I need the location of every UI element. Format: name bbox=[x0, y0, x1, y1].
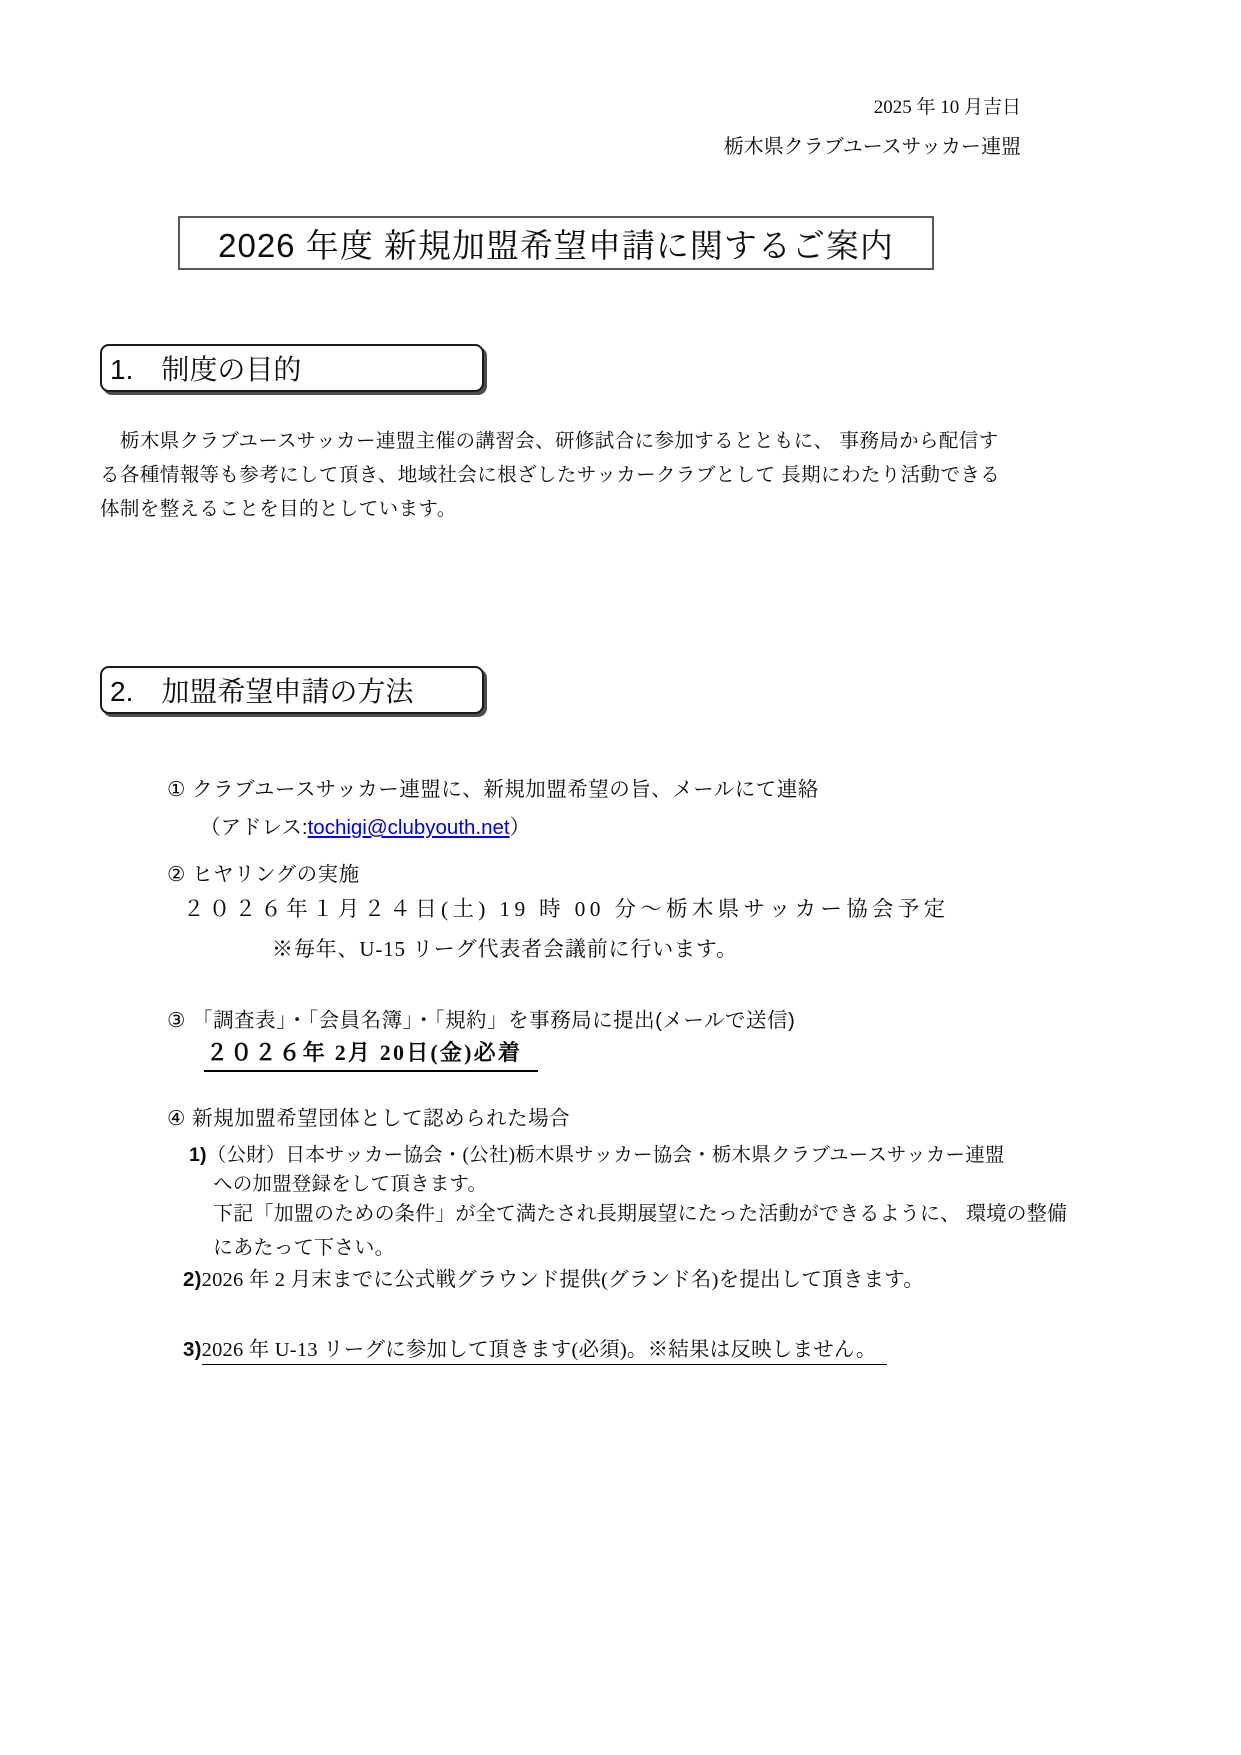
section-2-heading-box: 2. 加盟希望申請の方法 bbox=[100, 666, 484, 714]
address-prefix: （アドレス: bbox=[200, 816, 308, 839]
document-title-box: 2026 年度 新規加盟希望申請に関するご案内 bbox=[178, 216, 934, 270]
sub-item-3-line: 3)2026 年 U-13 リーグに参加して頂きます(必須)。※結果は反映しませ… bbox=[183, 1332, 887, 1365]
date-line: 2025 年 10 月吉日 bbox=[874, 92, 1021, 119]
sub-item-3-text: 2026 年 U-13 リーグに参加して頂きます(必須)。※結果は反映しません。 bbox=[202, 1332, 887, 1365]
organization-line: 栃木県クラブユースサッカー連盟 bbox=[724, 130, 1021, 159]
sub-item-1-number: 1) bbox=[189, 1144, 207, 1166]
sub-item-3-number: 3) bbox=[183, 1338, 202, 1361]
section-1-heading: 1. 制度の目的 bbox=[110, 348, 301, 388]
sub-item-2-number: 2) bbox=[183, 1268, 202, 1291]
sub-item-1-line-4: にあたって下さい。 bbox=[213, 1231, 395, 1260]
email-address-line: （アドレス:tochigi@clubyouth.net） bbox=[200, 810, 530, 840]
hearing-note: ※毎年、U-15 リーグ代表者会議前に行います。 bbox=[272, 933, 738, 963]
step-4-label: ④ 新規加盟希望団体として認められた場合 bbox=[167, 1101, 570, 1131]
section-2-heading: 2. 加盟希望申請の方法 bbox=[110, 670, 413, 710]
sub-item-1-line-1: 1)（公財）日本サッカー協会・(公社)栃木県サッカー協会・栃木県クラブユースサッ… bbox=[189, 1139, 1005, 1167]
sub-item-1-text: （公財）日本サッカー協会・(公社)栃木県サッカー協会・栃木県クラブユースサッカー… bbox=[207, 1145, 1005, 1166]
hearing-schedule: ２０２６年１月２４日(土) 19 時 00 分～栃木県サッカー協会予定 bbox=[183, 892, 949, 923]
email-link[interactable]: tochigi@clubyouth.net bbox=[308, 816, 510, 839]
section-1-heading-box: 1. 制度の目的 bbox=[100, 344, 484, 392]
section-1-body: 栃木県クラブユースサッカー連盟主催の講習会、研修試合に参加するとともに、 事務局… bbox=[100, 424, 1018, 526]
sub-item-1-line-3: 下記「加盟のための条件」が全て満たされ長期展望にたった活動ができるように、 環境… bbox=[213, 1197, 1067, 1226]
step-3-label: ③ 「調査表」・「会員名簿」・「規約」を事務局に提出(メールで送信) bbox=[167, 1003, 795, 1033]
document-page: 2025 年 10 月吉日 栃木県クラブユースサッカー連盟 2026 年度 新規… bbox=[0, 0, 1241, 1755]
step-2-label: ② ヒヤリングの実施 bbox=[167, 857, 360, 887]
sub-item-2-text: 2026 年 2 月末までに公式戦グラウンド提供(グランド名)を提出して頂きます… bbox=[202, 1269, 924, 1291]
sub-item-2-line: 2)2026 年 2 月末までに公式戦グラウンド提供(グランド名)を提出して頂き… bbox=[183, 1262, 924, 1292]
sub-item-1-line-2: への加盟登録をして頂きます。 bbox=[213, 1168, 487, 1196]
document-title: 2026 年度 新規加盟希望申請に関するご案内 bbox=[218, 220, 894, 267]
step-1-label: ① クラブユースサッカー連盟に、新規加盟希望の旨、メールにて連絡 bbox=[167, 772, 819, 802]
address-suffix: ） bbox=[510, 816, 531, 839]
submission-deadline: ２０２６年 2月 20日(金)必着 bbox=[204, 1036, 538, 1072]
